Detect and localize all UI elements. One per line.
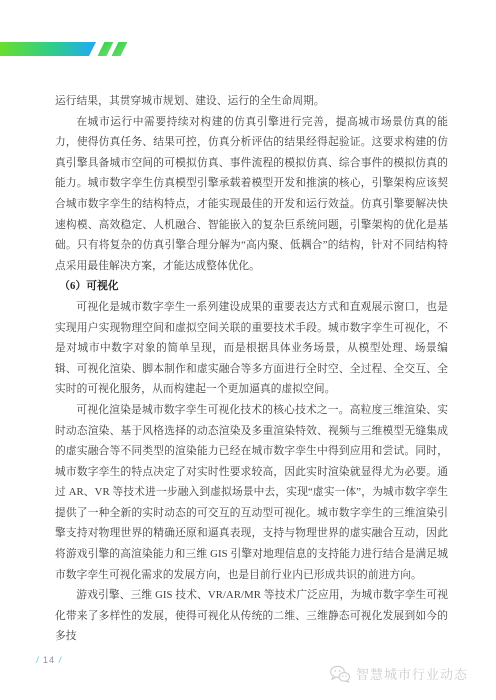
section-heading-visualization: （6）可视化	[55, 276, 448, 297]
paragraph-simulation-engine: 在城市运行中需要持续对构建的仿真引擎进行完善，提高城市场景仿真的能力，使得仿真任…	[55, 112, 448, 277]
paragraph-visualization-intro: 可视化是城市数字孪生一系列建设成果的重要表达方式和直观展示窗口，也是实现用户实现…	[55, 297, 448, 400]
gradient-bar	[0, 42, 96, 56]
slash-decoration-icon	[98, 42, 114, 56]
paragraph-continuation: 运行结果，其贯穿城市规划、建设、运行的全生命周期。	[55, 91, 448, 112]
brand-name: 智慧城市行业动态	[356, 664, 468, 683]
page-number: / 14 /	[36, 653, 62, 667]
paragraph-visualization-rendering: 可视化渲染是城市数字孪生可视化技术的核心技术之一。高粒度三维渲染、实时动态渲染、…	[55, 400, 448, 585]
slash-decoration-icon	[112, 42, 128, 56]
page-number-value: 14	[43, 655, 55, 665]
wechat-icon	[329, 665, 351, 683]
header-decoration	[0, 42, 130, 56]
document-body: 运行结果，其贯穿城市规划、建设、运行的全生命周期。 在城市运行中需要持续对构建的…	[55, 91, 448, 647]
page-number-slash: /	[36, 655, 40, 665]
paragraph-visualization-trend: 游戏引擎、三维 GIS 技术、VR/AR/MR 等技术广泛应用，为城市数字孪生可…	[55, 585, 448, 647]
page-number-slash: /	[59, 655, 63, 665]
brand-footer: 智慧城市行业动态	[329, 664, 468, 683]
